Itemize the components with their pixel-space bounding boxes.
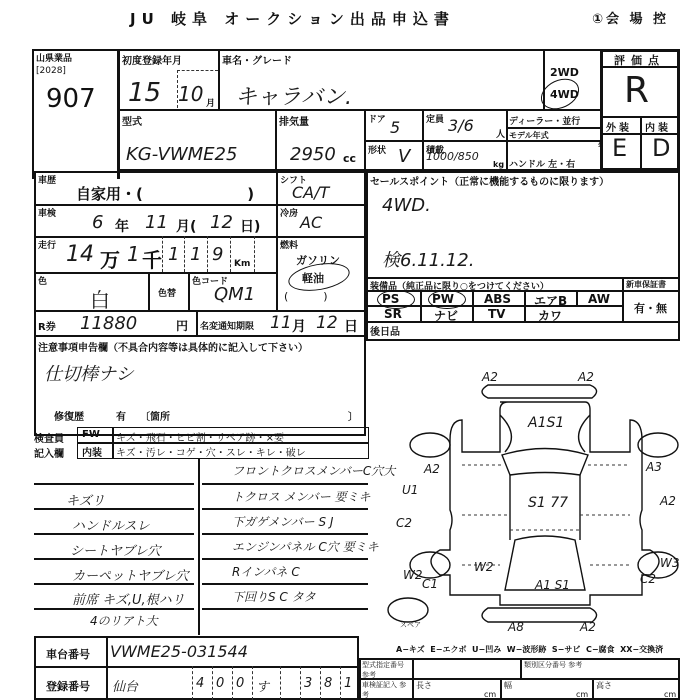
dmg-right-rear-c: C2 bbox=[640, 572, 656, 586]
first-reg-label: 初度登録年月 bbox=[122, 52, 182, 67]
color-label: 色 bbox=[38, 274, 47, 287]
recycle-label: R券 bbox=[38, 318, 56, 333]
chassis-label: 車台番号 bbox=[46, 646, 90, 662]
height-label: 高さ bbox=[596, 680, 612, 691]
dmg-front-bumper-right: A2 bbox=[578, 370, 594, 384]
branch-label: 山県業品 bbox=[36, 51, 72, 64]
equip-abs: ABS bbox=[484, 292, 511, 306]
displacement: 2950 bbox=[290, 144, 336, 165]
equip-sr: SR bbox=[384, 307, 402, 321]
notes-label: 注意事項申告欄（不具合内容等は具体的に記入して下さい） bbox=[38, 339, 308, 354]
first-reg-month: 10 bbox=[178, 82, 203, 106]
damage-legend: A−キズ E−エクボ U−凹み W−波形跡 S−サビ C−腐食 XX−交換済 bbox=[396, 644, 663, 655]
inspection-year: 6 bbox=[92, 212, 103, 233]
doors-value: 5 bbox=[390, 118, 400, 137]
note-left-4: カーペットヤブレ穴 bbox=[72, 565, 188, 584]
mileage-sen: 1 bbox=[127, 242, 140, 266]
note-left-5: 前席 キズ,U,根ハリ bbox=[72, 589, 185, 608]
deadline-day: 12 bbox=[316, 313, 338, 333]
dmg-left-front: A2 bbox=[424, 462, 440, 476]
venue-copy-label: ①会 場 控 bbox=[592, 8, 669, 27]
dmg-right-rear-w: W3 bbox=[660, 556, 680, 570]
note-left-2: ハンドルスレ bbox=[72, 515, 150, 534]
equip-aw: AW bbox=[588, 292, 610, 306]
dmg-right-front: A3 bbox=[646, 460, 662, 474]
chassis-number: VWME25-031544 bbox=[110, 642, 248, 661]
car-name-label: 車名・グレード bbox=[222, 52, 292, 67]
note-right-4: エンジンパネル C穴 要ミキ bbox=[232, 538, 379, 555]
note-right-2: トクロス メンバー 要ミキ bbox=[232, 488, 371, 505]
dmg-rear-bumper-left: A8 bbox=[508, 620, 524, 634]
model-code: KG-VWME25 bbox=[126, 144, 237, 165]
warranty-value: 有・無 bbox=[634, 300, 667, 316]
model-label: 型式 bbox=[122, 113, 142, 128]
plate-label: 登録番号 bbox=[46, 678, 90, 694]
history-label: 車歴 bbox=[38, 173, 56, 186]
dmg-left-rear-w: W2 bbox=[403, 568, 423, 582]
interior-items: キズ・汚レ・コゲ・穴・スレ・キレ・破レ bbox=[116, 444, 306, 459]
dmg-left-c: C2 bbox=[396, 516, 412, 530]
car-name: キャラバン. bbox=[235, 80, 352, 111]
later-items-label: 後日品 bbox=[370, 323, 400, 338]
dmg-left-u: U1 bbox=[402, 483, 418, 497]
category-number-label: 類別区分番号 参考 bbox=[524, 660, 582, 670]
equip-tv: TV bbox=[488, 307, 505, 321]
note-right-5: Rインパネ C bbox=[232, 563, 300, 580]
plate-cell-4: す bbox=[256, 676, 269, 695]
inspection-month: 11 bbox=[145, 212, 168, 233]
repair-value: 有 bbox=[116, 408, 126, 423]
interior-label: 内装 bbox=[645, 119, 671, 134]
note-right-1: フロントクロスメンバーC穴大 bbox=[232, 462, 395, 479]
note-right-6: 下回りS C タタ bbox=[232, 588, 316, 605]
plate-cell-7: 8 bbox=[324, 676, 332, 691]
color-code: QM1 bbox=[214, 284, 255, 305]
notes-value: 仕切棒ナシ bbox=[44, 360, 134, 386]
capacity-label: 定員 bbox=[426, 112, 444, 125]
mileage-man: 14 bbox=[66, 242, 94, 267]
plate-cell-1: 4 bbox=[196, 676, 204, 691]
pw-circle bbox=[428, 290, 466, 309]
lot-number: 907 bbox=[46, 84, 96, 114]
fuel-label: 燃料 bbox=[280, 238, 298, 251]
first-reg-year: 15 bbox=[128, 78, 161, 108]
model-year-label: モデル年式 bbox=[509, 130, 549, 141]
equip-navi: ナビ bbox=[434, 307, 458, 324]
equip-leather: カワ bbox=[538, 307, 562, 324]
dmg-rear-door: A1 S1 bbox=[535, 578, 570, 592]
entry-label: 記入欄 bbox=[34, 445, 64, 460]
plate-cell-2: 0 bbox=[216, 676, 224, 691]
score-value: R bbox=[624, 70, 649, 111]
color-change-label: 色替 bbox=[158, 286, 176, 299]
ps-circle bbox=[377, 290, 415, 309]
plate-cell-8: 1 bbox=[344, 676, 352, 691]
deadline-month: 11 bbox=[270, 313, 292, 333]
doors-label: ドア bbox=[368, 112, 386, 125]
interior-grade: D bbox=[652, 134, 670, 162]
inspection-label: 車検 bbox=[38, 206, 56, 219]
length-label: 長さ bbox=[416, 680, 432, 691]
spare-tire-label: スペア bbox=[400, 620, 421, 630]
dmg-rear-bumper-right: A2 bbox=[580, 620, 596, 634]
note-left-3: シートヤブレ穴 bbox=[70, 540, 160, 559]
history-value: 自家用・( ) bbox=[76, 183, 254, 204]
note-left-1: キズリ bbox=[66, 490, 105, 509]
dmg-roof: S1 77 bbox=[528, 495, 568, 511]
recycle-value: 11880 bbox=[80, 313, 137, 334]
shape-value: V bbox=[398, 146, 410, 167]
inspector-label: 検査員 bbox=[34, 430, 64, 445]
dmg-left-rear-c: C1 bbox=[422, 577, 438, 591]
warranty-label: 新車保証書 bbox=[626, 279, 666, 290]
type-designation-label: 型式指定番号 参考 bbox=[362, 660, 410, 680]
note-left-6: 4のリアト大 bbox=[90, 612, 158, 629]
mileage-digit-3: 9 bbox=[212, 244, 223, 265]
cert-label: 車検証記入 参考 bbox=[362, 680, 410, 700]
mileage-digit-2: 1 bbox=[190, 244, 201, 265]
mileage-digit-1: 1 bbox=[168, 244, 179, 265]
capacity-value: 3/6 bbox=[448, 116, 474, 135]
fw-items: キズ・飛石・ヒビ割・リペア跡・×要 bbox=[116, 429, 284, 444]
inspection-day: 12 bbox=[210, 212, 233, 233]
name-change-deadline-label: 名変通知期限 bbox=[200, 319, 254, 332]
handle-label: ハンドル 左・右 bbox=[509, 157, 575, 170]
width-label: 幅 bbox=[504, 680, 512, 691]
dmg-front-bumper-left: A2 bbox=[482, 370, 498, 384]
load-value: 1000/850 bbox=[426, 150, 479, 163]
document-title: JU 岐阜 オークション出品申込書 bbox=[130, 8, 455, 29]
sales-point-line-1: 4WD. bbox=[382, 195, 431, 216]
drive-2wd: 2WD bbox=[550, 66, 579, 79]
details-frame bbox=[34, 171, 366, 436]
exterior-label: 外装 bbox=[606, 119, 632, 134]
color-value: 白 bbox=[90, 284, 110, 313]
dmg-left-rear-pillar: W2 bbox=[474, 560, 494, 574]
exterior-grade: E bbox=[612, 134, 627, 162]
dmg-hood: A1S1 bbox=[528, 415, 564, 431]
repair-label: 修復歴 bbox=[54, 408, 84, 423]
plate-cell-6: 3 bbox=[304, 676, 312, 691]
aircon-label: 冷房 bbox=[280, 206, 298, 219]
aircon-value: AC bbox=[300, 213, 322, 232]
shape-label: 形状 bbox=[368, 143, 386, 156]
member-code: [2028] bbox=[36, 66, 66, 76]
shift-value: CA/T bbox=[292, 183, 329, 202]
dealer-label: ディーラー・並行 bbox=[509, 114, 580, 127]
sales-point-label: セールスポイント（正常に機能するものに限ります） bbox=[370, 173, 609, 188]
dmg-right-mid: A2 bbox=[660, 494, 676, 508]
sales-point-line-2: 検6.11.12. bbox=[382, 246, 474, 272]
note-right-3: 下ガゲメンバー S J bbox=[232, 513, 333, 530]
plate-cell-3: 0 bbox=[236, 676, 244, 691]
plate-region: 仙台 bbox=[112, 676, 138, 695]
displacement-label: 排気量 bbox=[279, 113, 309, 128]
mileage-label: 走行 bbox=[38, 238, 56, 251]
